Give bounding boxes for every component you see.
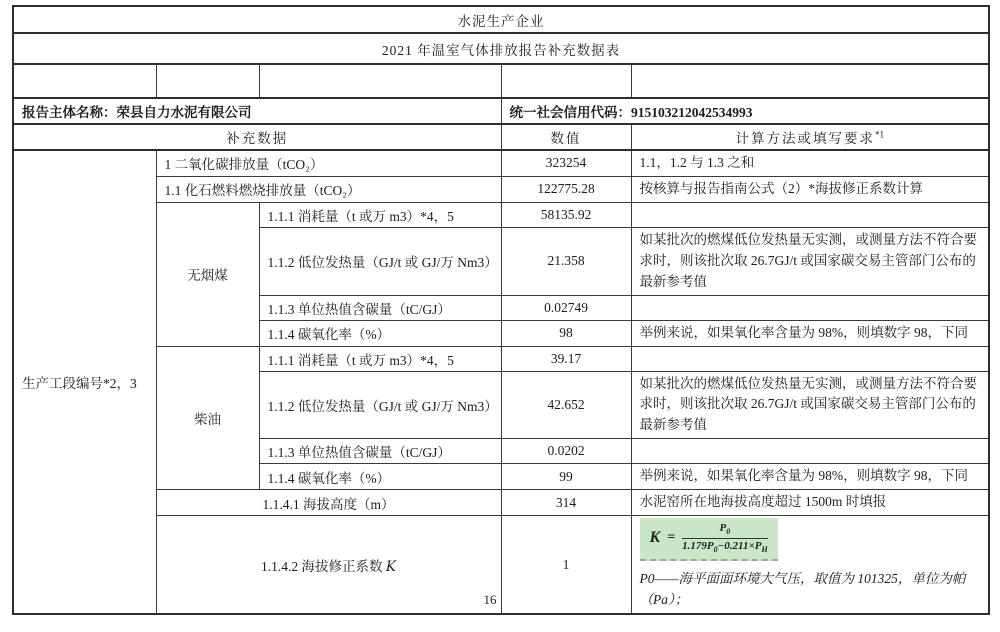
column-header-row: 补充数据 数值 计算方法或填写要求*1 bbox=[13, 124, 989, 150]
formula-equals: = bbox=[667, 530, 675, 546]
blank-cell bbox=[631, 64, 989, 98]
altitude-method: 水泥窑所在地海拔高度超过 1500m 时填报 bbox=[631, 490, 989, 516]
formula-numerator: P0 bbox=[682, 522, 768, 538]
consumption-value: 39.17 bbox=[501, 346, 631, 371]
document-page: 水泥生产企业 2021 年温室气体排放报告补充数据表 报告主体名称：荣县自力水泥… bbox=[0, 0, 1000, 632]
oxidation-rate-value: 98 bbox=[501, 320, 631, 346]
table-row: 无烟煤 1.1.1 消耗量（t 或万 m3）*4，5 58135.92 bbox=[13, 202, 989, 227]
consumption-item: 1.1.1 消耗量（t 或万 m3）*4，5 bbox=[259, 202, 501, 227]
fossil-fuel-value: 122775.28 bbox=[501, 176, 631, 202]
oxidation-rate-method: 举例来说，如果氧化率含量为 98%，则填数字 98，下同 bbox=[631, 320, 989, 346]
table-row: 1.1 化石燃料燃烧排放量（tCO₂） 122775.28 按核算与报告指南公式… bbox=[13, 176, 989, 202]
calorific-method: 如某批次的燃煤低位发热量无实测，或测量方法不符合要求时，则该批次取 26.7GJ… bbox=[631, 371, 989, 439]
altitude-value: 314 bbox=[501, 490, 631, 516]
co2-total-item: 1 二氧化碳排放量（tCO₂） bbox=[156, 150, 501, 176]
carbon-content-item: 1.1.3 单位热值含碳量（tC/GJ） bbox=[259, 295, 501, 320]
carbon-content-value: 0.02749 bbox=[501, 295, 631, 320]
blank-cell bbox=[13, 64, 156, 98]
blank-cell bbox=[156, 64, 259, 98]
fossil-fuel-method: 按核算与报告指南公式（2）*海拔修正系数计算 bbox=[631, 176, 989, 202]
carbon-content-method bbox=[631, 295, 989, 320]
production-section-label: 生产工段编号*2，3 bbox=[13, 150, 156, 614]
entity-row: 报告主体名称：荣县自力水泥有限公司 统一社会信用代码：9151032120425… bbox=[13, 98, 989, 124]
calorific-item: 1.1.2 低位发热量（GJ/t 或 GJ/万 Nm3） bbox=[259, 371, 501, 439]
method-footnote-marker: *1 bbox=[875, 130, 884, 140]
report-entity-cell: 报告主体名称：荣县自力水泥有限公司 bbox=[13, 98, 501, 124]
calorific-value: 21.358 bbox=[501, 227, 631, 295]
carbon-content-value: 0.0202 bbox=[501, 439, 631, 464]
fossil-fuel-item: 1.1 化石燃料燃烧排放量（tCO₂） bbox=[156, 176, 501, 202]
oxidation-rate-method: 举例来说，如果氧化率含量为 98%，则填数字 98，下同 bbox=[631, 464, 989, 490]
altitude-correction-formula: K = P0 1.179P0−0.211×PH bbox=[640, 518, 778, 561]
calorific-value: 42.652 bbox=[501, 371, 631, 439]
table-subtitle-row: 2021 年温室气体排放报告补充数据表 bbox=[13, 33, 989, 64]
calorific-item: 1.1.2 低位发热量（GJ/t 或 GJ/万 Nm3） bbox=[259, 227, 501, 295]
formula-denominator: 1.179P0−0.211×PH bbox=[682, 539, 768, 554]
blank-cell bbox=[501, 64, 631, 98]
formula-fraction: P0 1.179P0−0.211×PH bbox=[682, 522, 768, 554]
consumption-item: 1.1.1 消耗量（t 或万 m3）*4，5 bbox=[259, 346, 501, 371]
table-row: 1.1.4.1 海拔高度（m） 314 水泥窑所在地海拔高度超过 1500m 时… bbox=[13, 490, 989, 516]
column-header-value: 数值 bbox=[501, 124, 631, 150]
page-number: 16 bbox=[0, 592, 980, 608]
report-entity-label: 报告主体名称： bbox=[22, 105, 117, 120]
co2-total-method: 1.1，1.2 与 1.3 之和 bbox=[631, 150, 989, 176]
calorific-method: 如某批次的燃煤低位发热量无实测，或测量方法不符合要求时，则该批次取 26.7GJ… bbox=[631, 227, 989, 295]
table-title-row: 水泥生产企业 bbox=[13, 6, 989, 33]
co2-total-value: 323254 bbox=[501, 150, 631, 176]
variable-k: K bbox=[386, 559, 396, 575]
credit-code-value: 915103212042534993 bbox=[631, 105, 753, 120]
report-subtitle: 2021 年温室气体排放报告补充数据表 bbox=[13, 33, 989, 64]
consumption-value: 58135.92 bbox=[501, 202, 631, 227]
table-row: 生产工段编号*2，3 1 二氧化碳排放量（tCO₂） 323254 1.1，1.… bbox=[13, 150, 989, 176]
blank-row bbox=[13, 64, 989, 98]
oxidation-rate-item: 1.1.4 碳氧化率（%） bbox=[259, 320, 501, 346]
column-header-method: 计算方法或填写要求*1 bbox=[631, 124, 989, 150]
blank-cell bbox=[259, 64, 501, 98]
oxidation-rate-item: 1.1.4 碳氧化率（%） bbox=[259, 464, 501, 490]
formula-lhs: K bbox=[650, 529, 661, 547]
carbon-content-method bbox=[631, 439, 989, 464]
fuel-name-anthracite: 无烟煤 bbox=[156, 202, 259, 346]
credit-code-cell: 统一社会信用代码：915103212042534993 bbox=[501, 98, 989, 124]
consumption-method bbox=[631, 202, 989, 227]
table-row: 柴油 1.1.1 消耗量（t 或万 m3）*4，5 39.17 bbox=[13, 346, 989, 371]
fuel-name-diesel: 柴油 bbox=[156, 346, 259, 490]
altitude-item: 1.1.4.1 海拔高度（m） bbox=[156, 490, 501, 516]
credit-code-label: 统一社会信用代码： bbox=[510, 105, 632, 120]
report-entity-name: 荣县自力水泥有限公司 bbox=[117, 105, 252, 120]
carbon-content-item: 1.1.3 单位热值含碳量（tC/GJ） bbox=[259, 439, 501, 464]
column-header-supplementary: 补充数据 bbox=[13, 124, 501, 150]
oxidation-rate-value: 99 bbox=[501, 464, 631, 490]
supplementary-data-table: 水泥生产企业 2021 年温室气体排放报告补充数据表 报告主体名称：荣县自力水泥… bbox=[12, 5, 990, 615]
consumption-method bbox=[631, 346, 989, 371]
enterprise-type-title: 水泥生产企业 bbox=[13, 6, 989, 33]
